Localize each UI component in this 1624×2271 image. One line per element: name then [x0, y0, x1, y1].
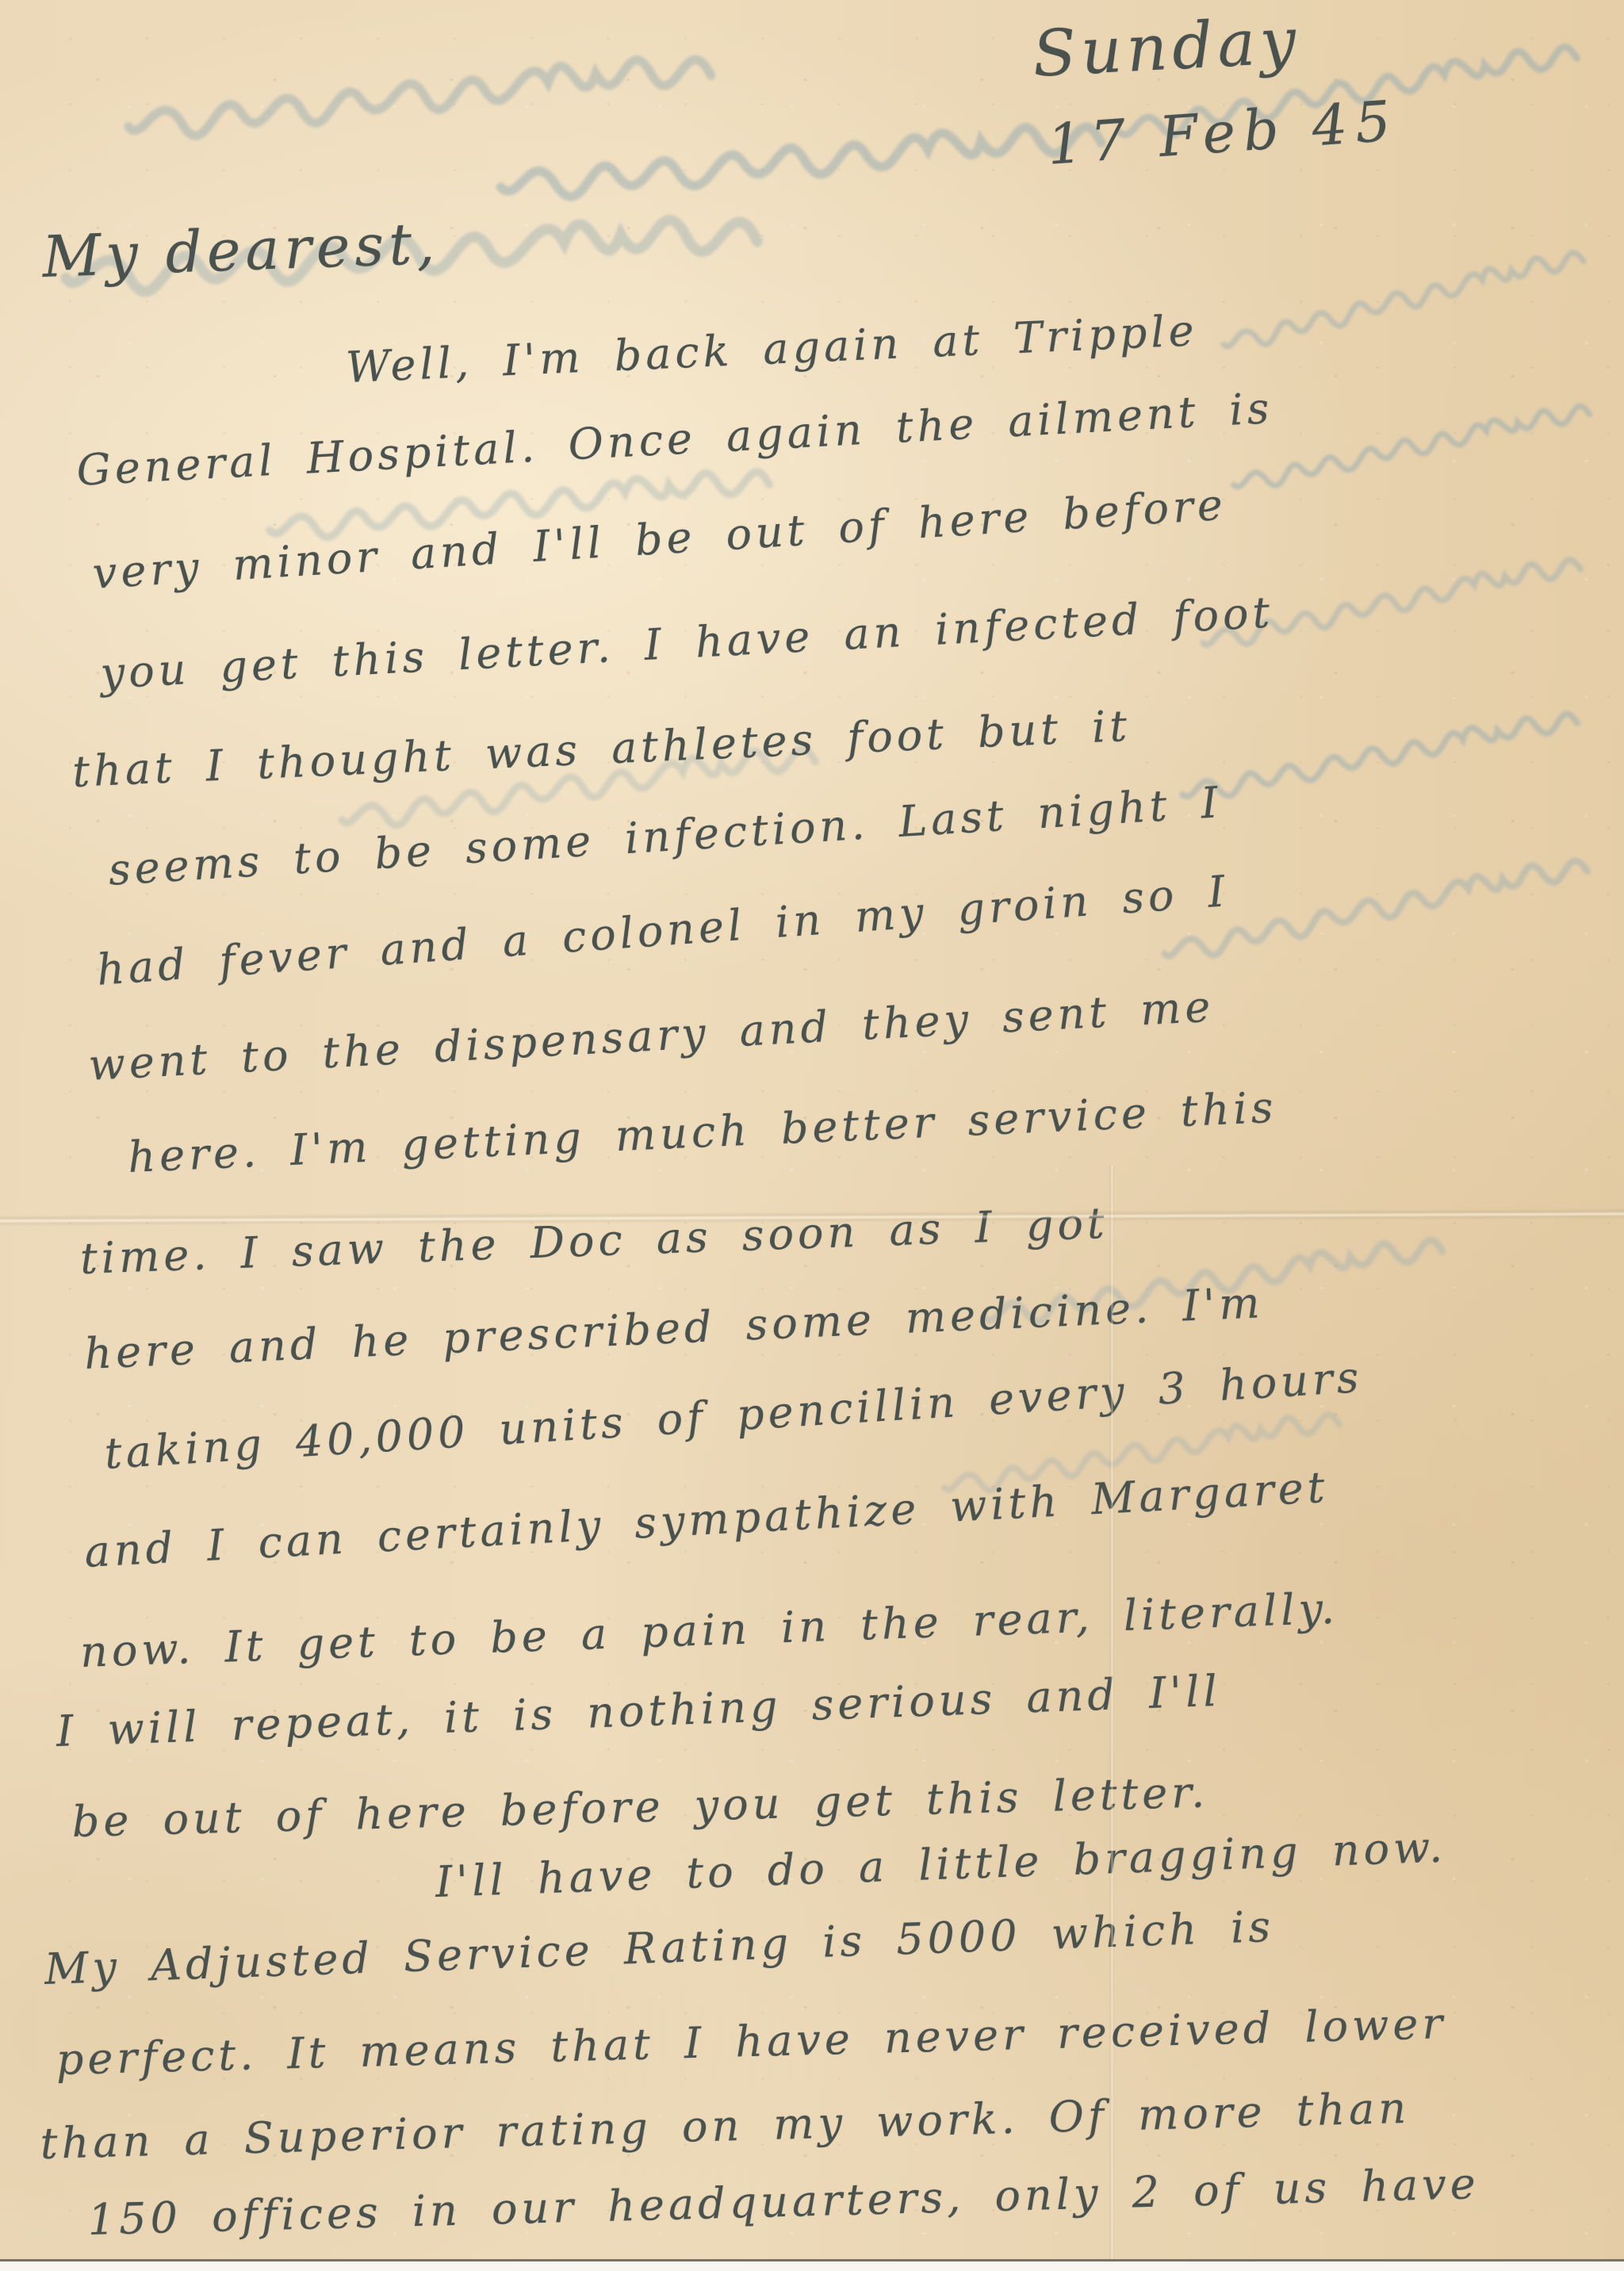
bleed-through-ghost-writing: [1170, 679, 1590, 838]
letter-line: you get this letter. I have an infected …: [99, 587, 1275, 698]
letter-line: very minor and I'll be out of here befor…: [91, 480, 1228, 599]
letter-line: be out of here before you get this lette…: [71, 1767, 1209, 1847]
bleed-through-ghost-writing: [1221, 374, 1601, 525]
letter-line: that I thought was athletes foot but it: [71, 701, 1132, 797]
letter-line: taking 40,000 units of pencillin every 3…: [103, 1352, 1364, 1479]
bleed-through-ghost-writing: [1210, 216, 1598, 382]
letter-line: here and he prescribed some medicine. I'…: [83, 1277, 1265, 1379]
bleed-through-ghost-writing: [114, 5, 726, 188]
letter-line: than a Superior rating on my work. Of mo…: [40, 2083, 1411, 2169]
letter-line: My Adjusted Service Rating is 5000 which…: [44, 1901, 1275, 1994]
letter-line: I will repeat, it is nothing serious and…: [56, 1666, 1222, 1756]
date-line: 17 Feb 45: [1045, 88, 1400, 178]
scanned-letter-page: Sunday 17 Feb 45 My dearest, Well, I'm b…: [0, 0, 1624, 2271]
letter-line: Well, I'm back again at Tripple: [345, 305, 1199, 393]
letter-line: went to the dispensary and they sent me: [87, 982, 1216, 1090]
letter-line: time. I saw the Doc as soon as I got: [79, 1198, 1109, 1284]
scanner-background: [0, 2261, 1624, 2271]
letter-line: and I can certainly sympathize with Marg…: [83, 1462, 1330, 1577]
salutation: My dearest,: [41, 210, 440, 290]
paper-sheet: Sunday 17 Feb 45 My dearest, Well, I'm b…: [0, 0, 1624, 2261]
letter-line: General Hospital. Once again the ailment…: [75, 383, 1274, 496]
bleed-through-ghost-writing: [488, 76, 1115, 253]
letter-line: now. It get to be a pain in the rear, li…: [79, 1584, 1339, 1677]
letter-line: 150 offices in our headquarters, only 2 …: [87, 2158, 1480, 2245]
letter-line: I'll have to do a little bragging now.: [435, 1821, 1447, 1906]
letter-line: here. I'm getting much better service th…: [127, 1082, 1278, 1182]
date-day-line: Sunday: [1031, 3, 1302, 91]
letter-line: perfect. It means that I have never rece…: [56, 1998, 1447, 2085]
